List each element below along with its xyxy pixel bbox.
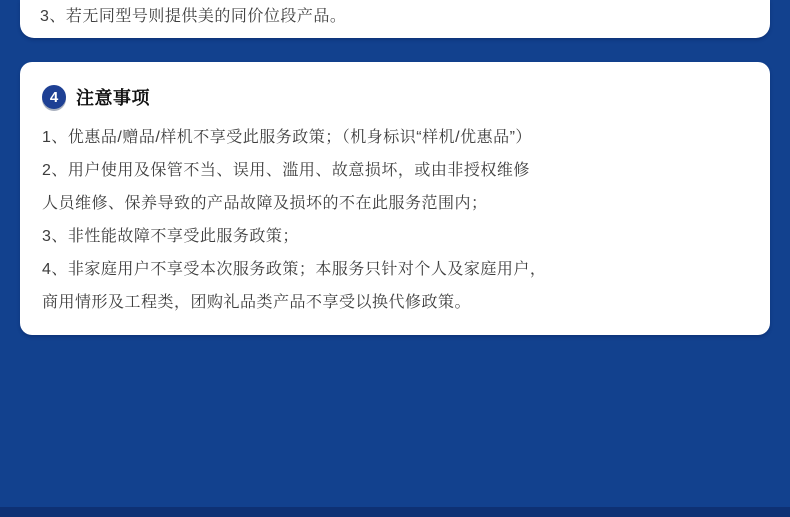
section-number-badge: 4 (42, 85, 66, 109)
notice-item-2-line-1: 2、用户使用及保管不当、误用、滥用、故意损坏，或由非授权维修 (42, 154, 748, 187)
notice-list: 1、优惠品/赠品/样机不享受此服务政策；（机身标识“样机/优惠品”） 2、用户使… (42, 121, 748, 319)
footer-strip (0, 507, 790, 517)
notice-header: 4 注意事项 (42, 84, 748, 110)
notice-item-1: 1、优惠品/赠品/样机不享受此服务政策；（机身标识“样机/优惠品”） (42, 121, 748, 154)
notice-item-4-line-2: 商用情形及工程类，团购礼品类产品不享受以换代修政策。 (42, 286, 748, 319)
notice-item-2-line-2: 人员维修、保养导致的产品故障及损坏的不在此服务范围内； (42, 187, 748, 220)
section-title: 注意事项 (76, 84, 150, 110)
service-policy-page: { "page": { "background_color": "#12418e… (0, 0, 790, 517)
notice-card: 4 注意事项 1、优惠品/赠品/样机不享受此服务政策；（机身标识“样机/优惠品”… (20, 62, 770, 335)
notice-item-4-line-1: 4、非家庭用户不享受本次服务政策；本服务只针对个人及家庭用户， (42, 253, 748, 286)
previous-section-item: 3、若无同型号则提供美的同价位段产品。 (40, 4, 750, 30)
previous-section-card: 3、若无同型号则提供美的同价位段产品。 (20, 0, 770, 38)
notice-item-3: 3、非性能故障不享受此服务政策； (42, 220, 748, 253)
